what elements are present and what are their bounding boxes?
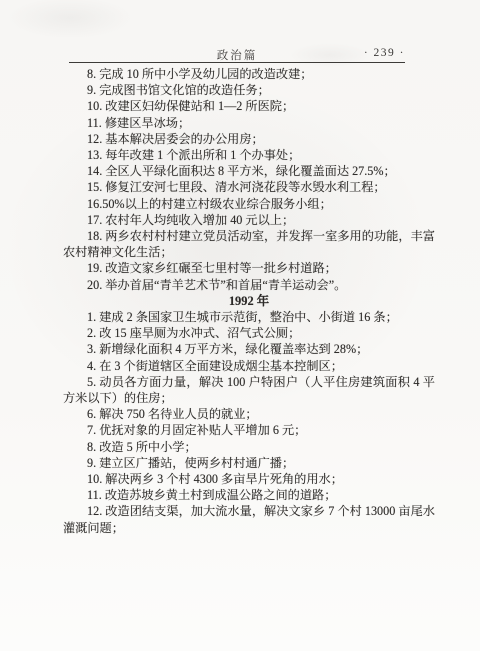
scanned-book-page: 政治篇 · 239 · 8. 完成 10 所中小学及幼儿园的改造改建；9. 完成… xyxy=(0,0,480,651)
list-item: 4. 在 3 个街道辖区全面建设成烟尘基本控制区； xyxy=(63,358,435,374)
list-item: 15. 修复江安河七里段、清水河浇花段等水毁水利工程； xyxy=(63,179,435,195)
list-item: 11. 修建区旱冰场； xyxy=(63,115,435,131)
list-item: 9. 建立区广播站，使两乡村村通广播； xyxy=(63,455,435,471)
list-item: 3. 新增绿化面积 4 万平方米，绿化覆盖率达到 28%； xyxy=(63,341,435,357)
running-head-chapter: 政治篇 xyxy=(217,47,258,63)
list-item: 18. 两乡农村村村建立党员活动室，并发挥一室多用的功能，丰富农村精神文化生活； xyxy=(63,228,435,260)
page-header: 政治篇 · 239 · xyxy=(69,47,405,64)
list-item: 1. 建成 2 条国家卫生城市示范街，整治中、小街道 16 条； xyxy=(63,309,435,325)
page-number: · 239 · xyxy=(364,47,405,59)
list-item: 16.50%以上的村建立村级农业综合服务小组； xyxy=(63,196,435,212)
list-item: 6. 解决 750 名待业人员的就业； xyxy=(63,406,435,422)
list-item: 17. 农村年人均纯收入增加 40 元以上； xyxy=(63,212,435,228)
list-item: 9. 完成图书馆文化馆的改造任务； xyxy=(63,82,435,98)
page-body: 8. 完成 10 所中小学及幼儿园的改造改建；9. 完成图书馆文化馆的改造任务；… xyxy=(63,66,435,536)
list-item: 20. 举办首届“青羊艺术节”和首届“青羊运动会”。 xyxy=(63,277,435,293)
list-item: 2. 改 15 座旱厕为水冲式、沼气式公厕； xyxy=(63,325,435,341)
list-item: 10. 解决两乡 3 个村 4300 多亩旱片死角的用水； xyxy=(63,471,435,487)
list-item: 19. 改造文家乡红碾至七里村等一批乡村道路； xyxy=(63,260,435,276)
list-item: 8. 完成 10 所中小学及幼儿园的改造改建； xyxy=(63,66,435,82)
list-item: 14. 全区人平绿化面积达 8 平方米，绿化覆盖面达 27.5%； xyxy=(63,163,435,179)
list-item: 8. 改造 5 所中小学； xyxy=(63,439,435,455)
list-item: 12. 基本解决居委会的办公用房； xyxy=(63,131,435,147)
list-item: 5. 动员各方面力量，解决 100 户特困户（人平住房建筑面积 4 平方米以下）… xyxy=(63,374,435,406)
list-item: 13. 每年改建 1 个派出所和 1 个办事处； xyxy=(63,147,435,163)
list-item: 11. 改造苏坡乡黄土村到成温公路之间的道路； xyxy=(63,487,435,503)
list-item: 12. 改造团结支渠，加大流水量，解决文家乡 7 个村 13000 亩尾水灌溉问… xyxy=(63,503,435,535)
header-rule xyxy=(69,62,405,63)
list-item: 7. 优抚对象的月固定补贴人平增加 6 元； xyxy=(63,422,435,438)
list-item: 10. 改建区妇幼保健站和 1—2 所医院； xyxy=(63,98,435,114)
year-heading: 1992 年 xyxy=(63,293,435,309)
